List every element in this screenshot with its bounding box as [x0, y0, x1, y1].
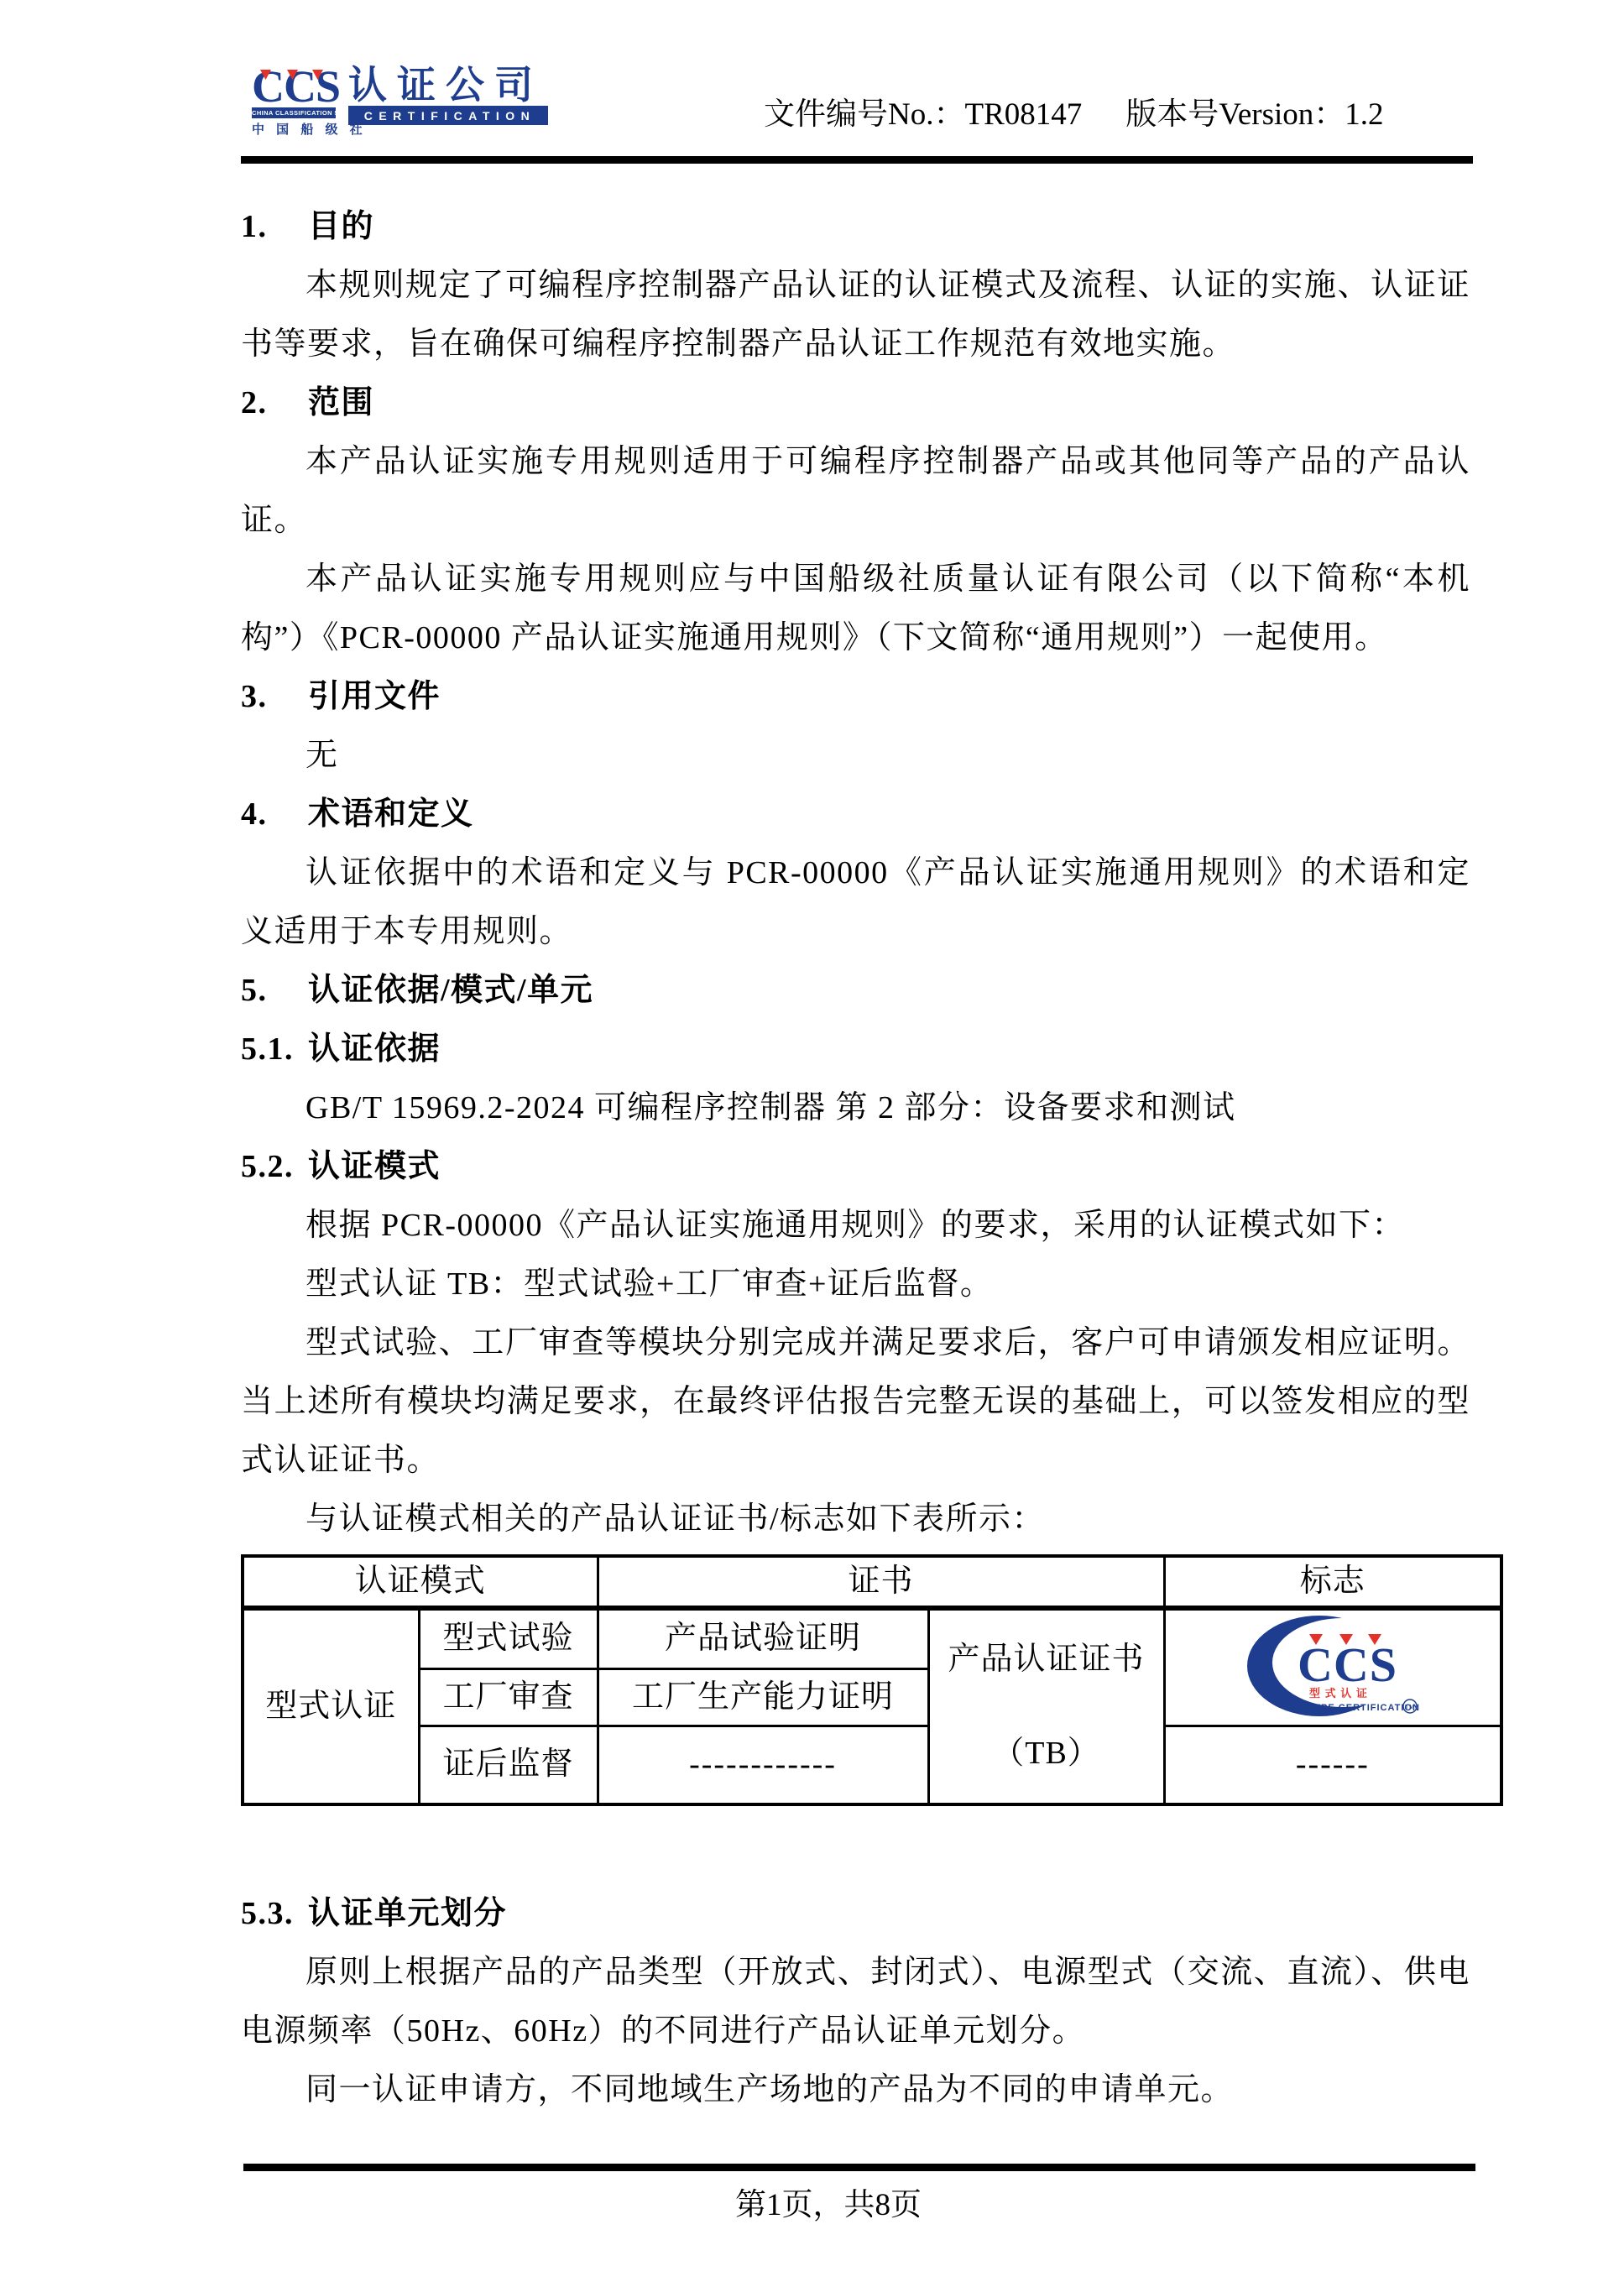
section-number: 4.: [241, 785, 308, 843]
section-number: 2.: [241, 373, 308, 432]
section-5-2-paragraph-1: 根据 PCR-00000《产品认证实施通用规则》的要求，采用的认证模式如下：: [241, 1196, 1470, 1255]
section-title: 术语和定义: [308, 796, 474, 832]
column-header-mark: 标志: [1164, 1556, 1501, 1608]
cell-certification-mark: CCS 型 式 认 证 TYPE CERTIFICATION TM: [1164, 1608, 1501, 1726]
cell-mode: 型式认证: [243, 1608, 419, 1804]
section-3-heading: 3.引用文件: [241, 667, 1470, 726]
footer-divider: [243, 2164, 1475, 2171]
section-title: 引用文件: [308, 679, 441, 714]
table-row: 证后监督 ------------ ------: [243, 1726, 1501, 1804]
section-5-3-paragraph-1: 原则上根据产品的产品类型（开放式、封闭式）、电源型式（交流、直流）、供电电源频率…: [241, 1943, 1470, 2060]
section-title: 范围: [308, 385, 374, 420]
document-number: 文件编号No.：TR08147: [764, 97, 1082, 132]
ccs-letters: CCS: [252, 61, 340, 112]
cell-cert-product-test: 产品试验证明: [598, 1608, 928, 1668]
svg-text:型 式 认 证: 型 式 认 证: [1309, 1687, 1368, 1700]
section-title: 认证依据: [308, 1031, 441, 1067]
section-2-heading: 2.范围: [241, 373, 1470, 432]
svg-text:CCS: CCS: [1298, 1637, 1397, 1692]
column-header-mode: 认证模式: [243, 1556, 598, 1608]
section-title: 目的: [308, 209, 374, 244]
ccs-wordmark: CCS: [252, 67, 336, 106]
section-number: 5.: [241, 961, 308, 1020]
section-title: 认证单元划分: [308, 1896, 507, 1931]
certificate-name: 产品认证证书: [930, 1636, 1163, 1684]
table-header-row: 认证模式 证书 标志: [243, 1556, 1501, 1608]
product-certificate-text: 产品认证证书 （TB）: [930, 1612, 1163, 1801]
section-2-paragraph-1: 本产品认证实施专用规则适用于可编程序控制器产品或其他同等产品的产品认证。: [241, 432, 1470, 550]
cell-cert-none: ------------: [598, 1726, 928, 1804]
cell-module-type-test: 型式试验: [419, 1608, 598, 1668]
cell-product-certificate: 产品认证证书 （TB）: [928, 1608, 1164, 1804]
section-1-paragraph: 本规则规定了可编程序控制器产品认证的认证模式及流程、认证的实施、认证证书等要求，…: [241, 256, 1470, 373]
cell-cert-factory-capability: 工厂生产能力证明: [598, 1668, 928, 1726]
cell-module-factory-audit: 工厂审查: [419, 1668, 598, 1726]
certification-company-wordmark: 认证公司 CERTIFICATION: [348, 67, 548, 125]
ccs-type-certification-mark-icon: CCS 型 式 认 证 TYPE CERTIFICATION TM: [1240, 1614, 1425, 1721]
document-meta: 文件编号No.：TR08147版本号Version：1.2: [764, 88, 1473, 133]
section-3-paragraph: 无: [241, 726, 1470, 785]
column-header-certificate: 证书: [598, 1556, 1164, 1608]
table-row: 型式认证 型式试验 产品试验证明 产品认证证书 （TB）: [243, 1608, 1501, 1668]
page-number: 第1页，共8页: [241, 2180, 1416, 2231]
certification-mode-table: 认证模式 证书 标志 型式认证 型式试验 产品试验证明 产品认证证书 （TB）: [241, 1554, 1503, 1806]
certificate-code: （TB）: [930, 1730, 1163, 1778]
section-5-2-paragraph-3: 型式试验、工厂审查等模块分别完成并满足要求后，客户可申请颁发相应证明。当上述所有…: [241, 1313, 1470, 1490]
section-5-3-heading: 5.3.认证单元划分: [241, 1884, 1470, 1943]
section-number: 5.3.: [241, 1884, 308, 1943]
section-5-2-paragraph-2: 型式认证 TB：型式试验+工厂审查+证后监督。: [241, 1255, 1470, 1313]
section-number: 3.: [241, 667, 308, 726]
section-number: 5.2.: [241, 1137, 308, 1196]
section-number: 5.1.: [241, 1020, 308, 1078]
ccs-company-logo: CCS CHINA CLASSIFICATION SOCIETY 中 国 船 级…: [252, 67, 548, 138]
section-5-1-heading: 5.1.认证依据: [241, 1020, 1470, 1078]
section-5-heading: 5.认证依据/模式/单元: [241, 961, 1470, 1020]
company-name-en: CERTIFICATION: [348, 106, 548, 125]
society-name-cn: 中 国 船 级 社: [252, 120, 336, 138]
cell-mark-none: ------: [1164, 1726, 1501, 1804]
section-5-2-paragraph-4: 与认证模式相关的产品认证证书/标志如下表所示：: [241, 1490, 1470, 1548]
company-name-cn: 认证公司: [348, 67, 548, 102]
section-5-3-paragraph-2: 同一认证申请方，不同地域生产场地的产品为不同的申请单元。: [241, 2060, 1470, 2119]
section-number: 1.: [241, 197, 308, 256]
section-5-1-paragraph: GB/T 15969.2-2024 可编程序控制器 第 2 部分：设备要求和测试: [241, 1078, 1470, 1137]
section-2-paragraph-2: 本产品认证实施专用规则应与中国船级社质量认证有限公司（以下简称“本机构”）《PC…: [241, 550, 1470, 667]
section-title: 认证模式: [308, 1149, 441, 1184]
section-title: 认证依据/模式/单元: [308, 973, 593, 1008]
ccs-society-logo: CCS CHINA CLASSIFICATION SOCIETY 中 国 船 级…: [252, 67, 336, 138]
cell-module-post-cert-surveillance: 证后监督: [419, 1726, 598, 1804]
document-body: 1.目的 本规则规定了可编程序控制器产品认证的认证模式及流程、认证的实施、认证证…: [241, 197, 1470, 2119]
section-5-2-heading: 5.2.认证模式: [241, 1137, 1470, 1196]
section-4-paragraph: 认证依据中的术语和定义与 PCR-00000《产品认证实施通用规则》的术语和定义…: [241, 843, 1470, 961]
section-1-heading: 1.目的: [241, 197, 1470, 256]
svg-text:TM: TM: [1405, 1705, 1415, 1710]
header-divider: [241, 156, 1473, 164]
section-4-heading: 4.术语和定义: [241, 785, 1470, 843]
document-version: 版本号Version：1.2: [1125, 97, 1383, 132]
